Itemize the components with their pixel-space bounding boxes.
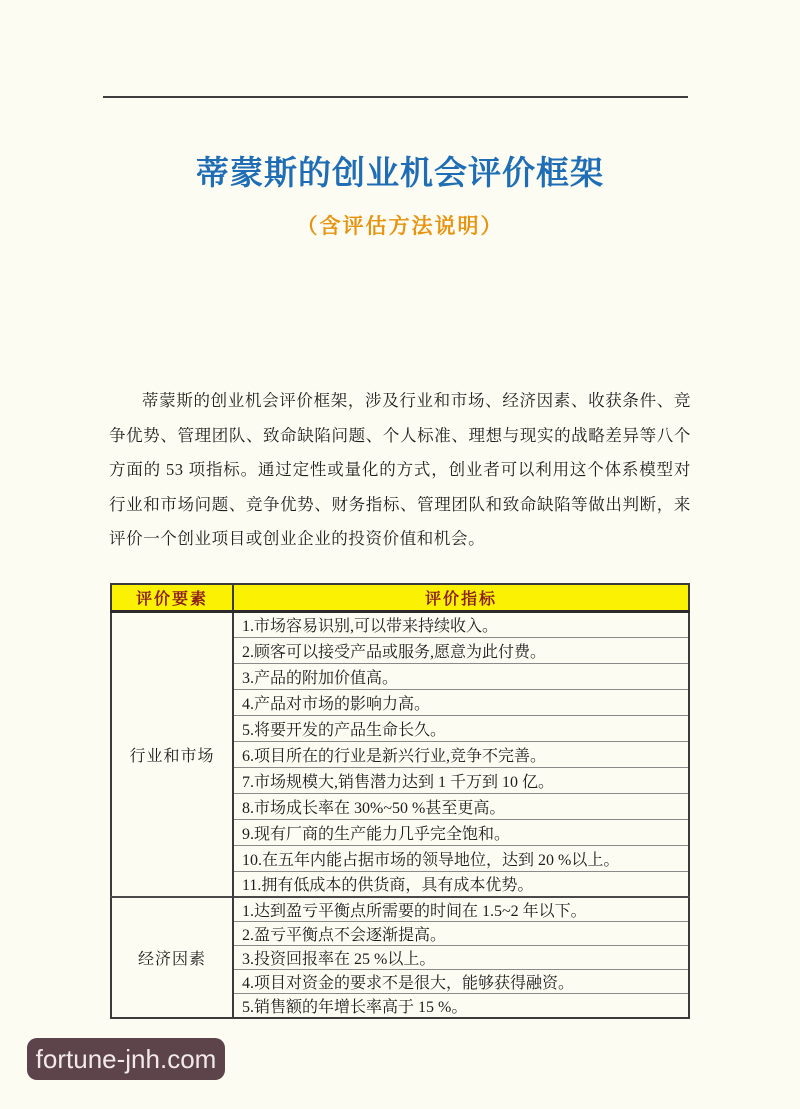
page-title: 蒂蒙斯的创业机会评价框架 — [0, 147, 800, 194]
watermark-badge: fortune-jnh.com — [27, 1038, 225, 1080]
indicator-cell: 3.产品的附加价值高。 — [233, 663, 689, 689]
table-row: 行业和市场1.市场容易识别,可以带来持续收入。 — [111, 611, 689, 637]
indicator-cell: 8.市场成长率在 30%~50 %甚至更高。 — [233, 793, 689, 819]
intro-paragraph: 蒂蒙斯的创业机会评价框架，涉及行业和市场、经济因素、收获条件、竞争优势、管理团队… — [109, 384, 691, 557]
evaluation-table: 评价要素 评价指标 行业和市场1.市场容易识别,可以带来持续收入。2.顾客可以接… — [110, 583, 690, 1019]
evaluation-table-container: 评价要素 评价指标 行业和市场1.市场容易识别,可以带来持续收入。2.顾客可以接… — [110, 583, 690, 1019]
header-cell-factor: 评价要素 — [111, 584, 233, 611]
indicator-cell: 4.产品对市场的影响力高。 — [233, 689, 689, 715]
top-divider-line — [103, 96, 688, 98]
indicator-cell: 9.现有厂商的生产能力几乎完全饱和。 — [233, 819, 689, 845]
indicator-cell: 5.销售额的年增长率高于 15 %。 — [233, 994, 689, 1019]
indicator-cell: 10.在五年内能占据市场的领导地位，达到 20 %以上。 — [233, 845, 689, 871]
eval-table-body: 行业和市场1.市场容易识别,可以带来持续收入。2.顾客可以接受产品或服务,愿意为… — [111, 611, 689, 1018]
indicator-cell: 4.项目对资金的要求不是很大，能够获得融资。 — [233, 970, 689, 994]
indicator-cell: 5.将要开发的产品生命长久。 — [233, 715, 689, 741]
category-cell: 行业和市场 — [111, 611, 233, 897]
indicator-cell: 6.项目所在的行业是新兴行业,竞争不完善。 — [233, 741, 689, 767]
category-cell: 经济因素 — [111, 897, 233, 1018]
indicator-cell: 1.达到盈亏平衡点所需要的时间在 1.5~2 年以下。 — [233, 897, 689, 922]
indicator-cell: 2.盈亏平衡点不会逐渐提高。 — [233, 922, 689, 946]
indicator-cell: 11.拥有低成本的供货商，具有成本优势。 — [233, 871, 689, 897]
table-row: 经济因素1.达到盈亏平衡点所需要的时间在 1.5~2 年以下。 — [111, 897, 689, 922]
indicator-cell: 3.投资回报率在 25 %以上。 — [233, 946, 689, 970]
table-header-row: 评价要素 评价指标 — [111, 584, 689, 611]
indicator-cell: 1.市场容易识别,可以带来持续收入。 — [233, 611, 689, 637]
indicator-cell: 7.市场规模大,销售潜力达到 1 千万到 10 亿。 — [233, 767, 689, 793]
page-subtitle: （含评估方法说明） — [0, 210, 800, 240]
indicator-cell: 2.顾客可以接受产品或服务,愿意为此付费。 — [233, 637, 689, 663]
header-cell-indicator: 评价指标 — [233, 584, 689, 611]
document-page: 蒂蒙斯的创业机会评价框架 （含评估方法说明） 蒂蒙斯的创业机会评价框架，涉及行业… — [0, 0, 800, 1109]
